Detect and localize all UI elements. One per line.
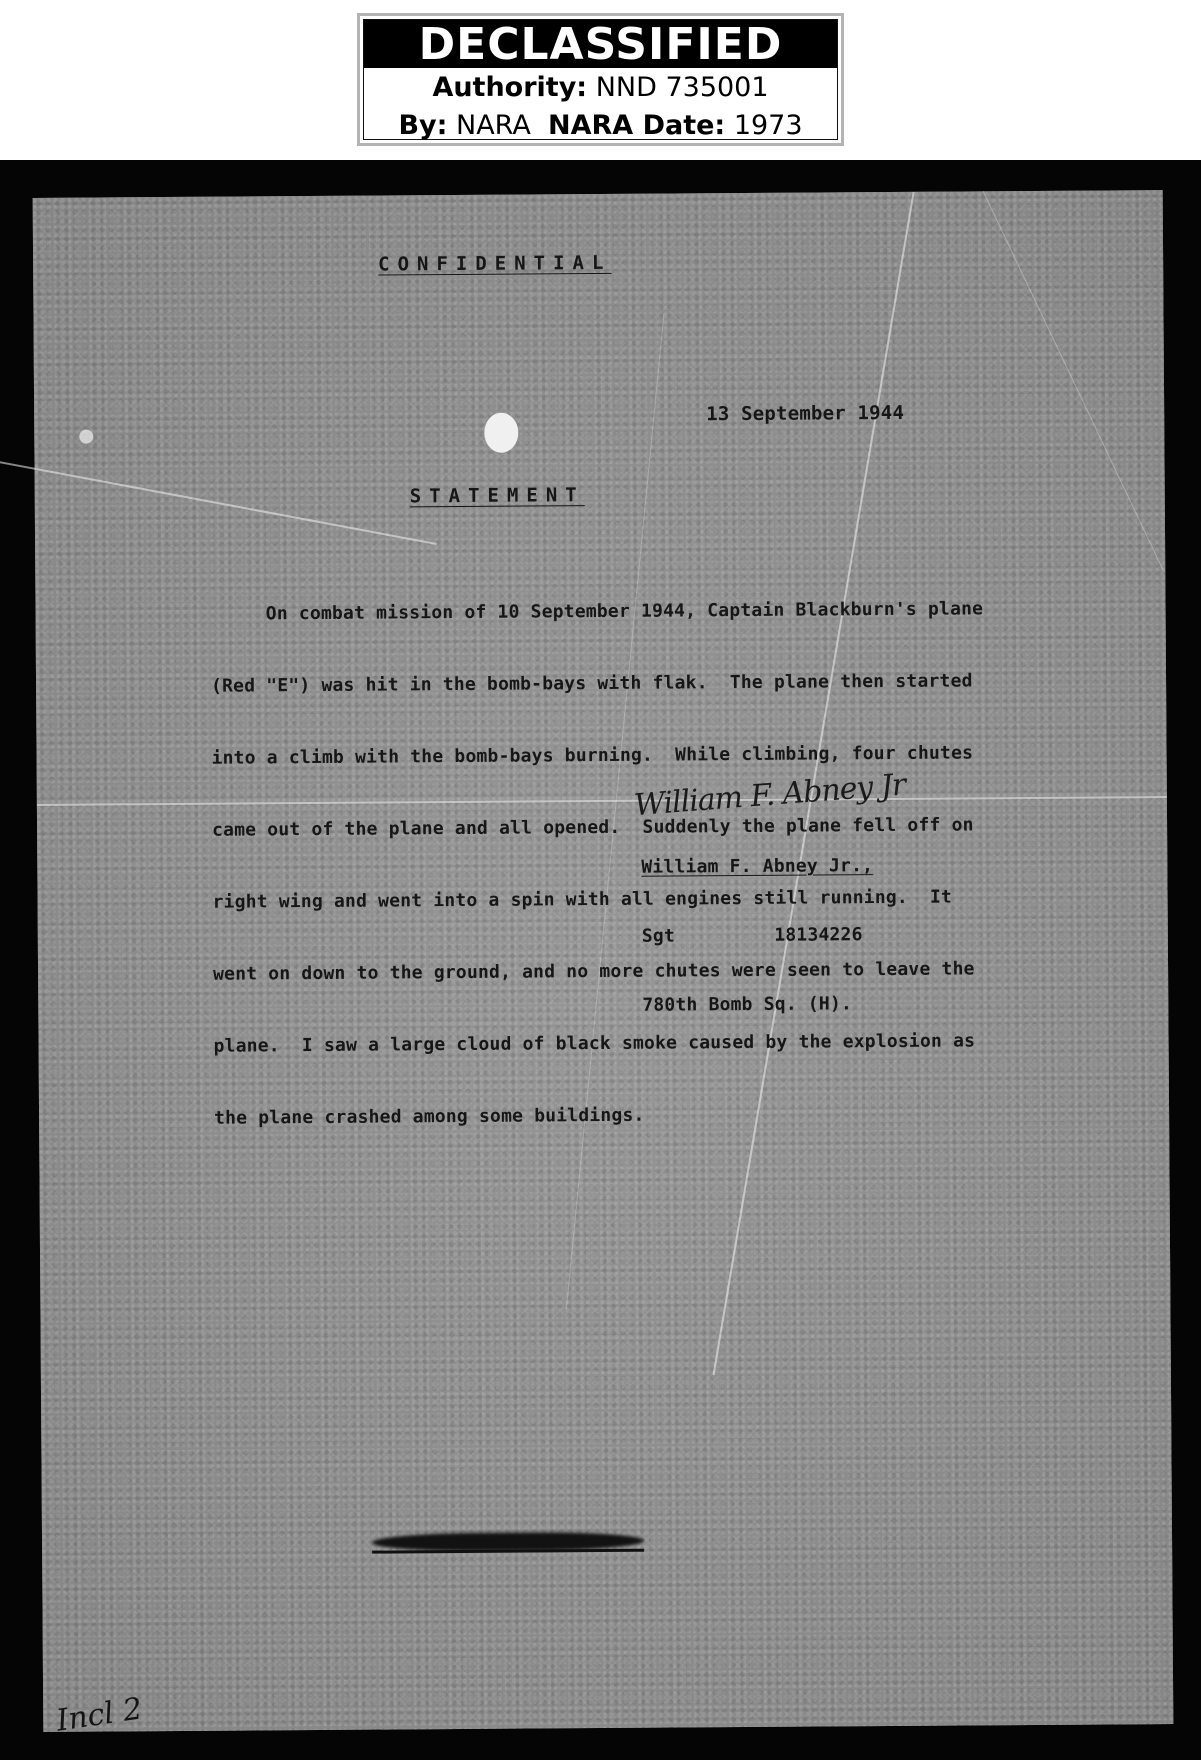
document-date: 13 September 1944 (706, 402, 904, 425)
body-line: into a climb with the bomb-bays burning.… (211, 741, 984, 770)
document-page: CONFIDENTIAL 13 September 1944 STATEMENT… (33, 190, 1174, 1732)
signer-rank-serial: Sgt 18134226 (642, 923, 874, 948)
stamp-border: DECLASSIFIED Authority: NND 735001 By: N… (363, 19, 838, 140)
body-line: On combat mission of 10 September 1944, … (210, 597, 983, 626)
document-heading: STATEMENT (410, 484, 585, 507)
declassified-stamp: DECLASSIFIED Authority: NND 735001 By: N… (357, 13, 844, 146)
signature-block: William F. Abney Jr., Sgt 18134226 780th… (641, 808, 875, 1063)
footer-underline (372, 1549, 644, 1554)
scratch-mark (983, 191, 1164, 571)
scratch-mark (0, 460, 437, 545)
stamp-date-label: NARA Date: (548, 110, 725, 141)
body-line: the plane crashed among some buildings. (214, 1101, 987, 1130)
classification-header: CONFIDENTIAL (378, 252, 611, 276)
stamp-by-value: NARA (456, 110, 531, 141)
stamp-authority-value: NND 735001 (596, 72, 769, 103)
signer-name: William F. Abney Jr., (641, 854, 873, 879)
paper-damage-spot (79, 430, 93, 444)
signer-rank: Sgt (642, 925, 675, 946)
classification-footer-redacted (372, 1530, 644, 1554)
scan-frame: CONFIDENTIAL 13 September 1944 STATEMENT… (0, 160, 1201, 1760)
paper-damage-spot (484, 413, 518, 453)
stamp-title: DECLASSIFIED (364, 20, 837, 68)
stamp-by-date: By: NARA NARA Date: 1973 (364, 110, 837, 141)
signer-serial: 18134226 (774, 924, 862, 946)
handwritten-annotation: Incl 2 (54, 1691, 144, 1738)
signer-unit: 780th Bomb Sq. (H). (642, 992, 874, 1017)
stamp-by-label: By: (398, 110, 447, 141)
body-line: (Red "E") was hit in the bomb-bays with … (211, 669, 984, 698)
stamp-authority-label: Authority: (432, 72, 587, 103)
stamp-authority: Authority: NND 735001 (364, 72, 837, 103)
stamp-date-value: 1973 (734, 110, 803, 141)
